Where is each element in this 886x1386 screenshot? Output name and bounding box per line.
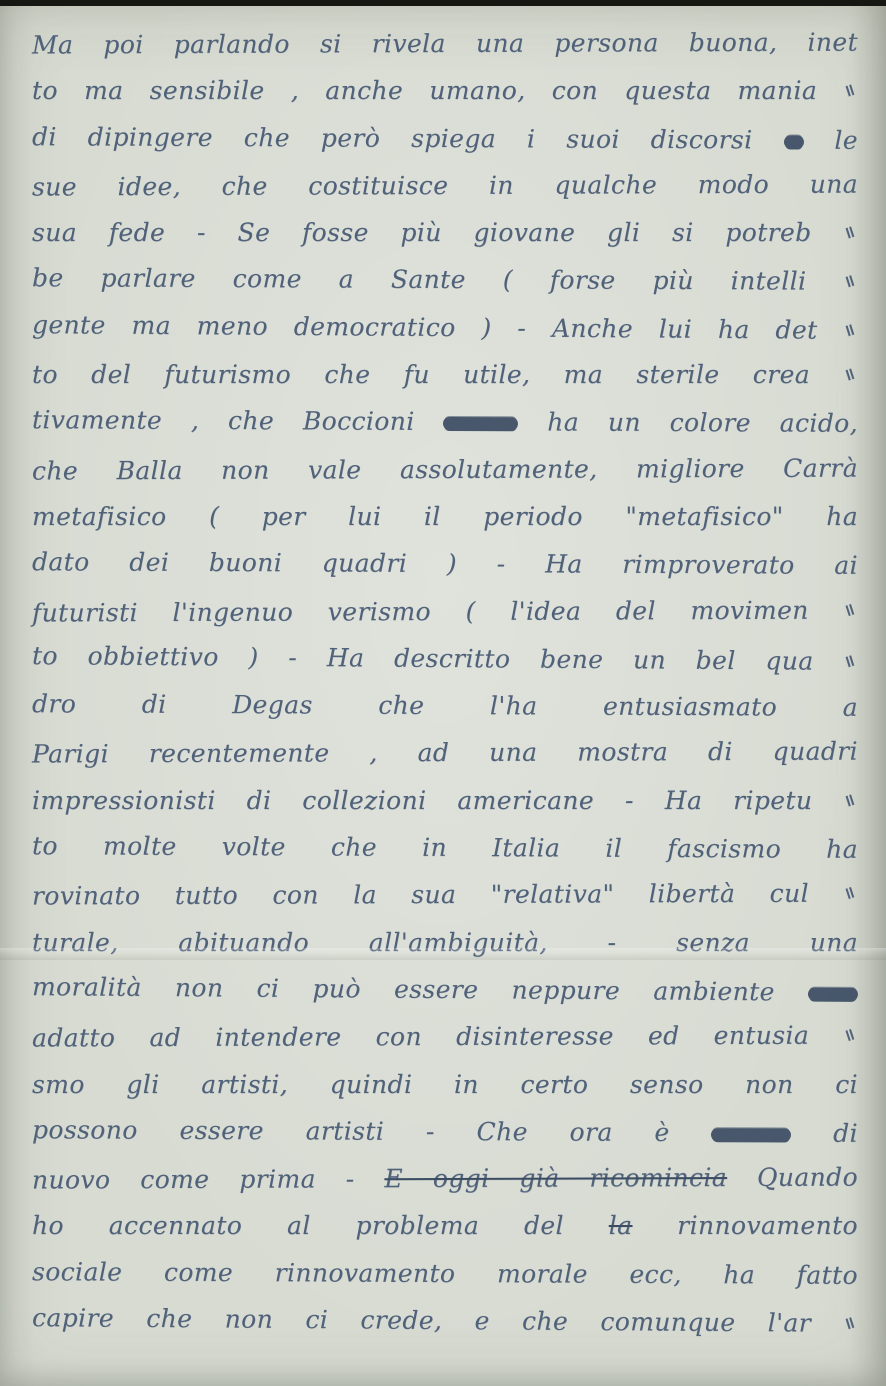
manuscript-line: smo gli artisti, quindi in certo senso n…	[32, 1061, 858, 1108]
handwritten-text: to del futurismo che fu utile, ma steril…	[32, 360, 810, 389]
line-continuation-mark: =	[825, 1021, 875, 1050]
handwritten-text: di	[833, 1119, 858, 1148]
line-continuation-mark: =	[825, 316, 875, 344]
handwritten-text: smo gli artisti, quindi in certo senso n…	[32, 1070, 858, 1099]
handwritten-text: metafisico ( per lui il periodo "metafis…	[32, 502, 858, 531]
handwritten-text: dro di Degas che l'ha entusiasmato a	[32, 689, 858, 722]
handwritten-text: rinnovamento	[677, 1211, 858, 1240]
ink-scribble-obliteration	[808, 987, 858, 1000]
manuscript-text: Ma poi parlando si rivela una persona bu…	[32, 20, 858, 1344]
manuscript-line: futuristi l'ingenuo verismo ( l'idea del…	[32, 586, 858, 636]
photo-top-edge	[0, 0, 886, 6]
handwritten-text: adatto ad intendere con disinteresse ed …	[32, 1021, 809, 1053]
handwritten-text: Quando	[757, 1163, 858, 1192]
handwritten-text: che Balla non vale assolutamente, miglio…	[32, 453, 858, 485]
manuscript-line: che Balla non vale assolutamente, miglio…	[32, 444, 858, 494]
manuscript-line: impressionisti di collezioni americane -…	[32, 777, 858, 824]
line-continuation-mark: =	[825, 786, 875, 815]
handwritten-text: sue idee, che costituisce in qualche mod…	[32, 169, 858, 201]
manuscript-line: turale, abituando all'ambiguità, - senza…	[32, 919, 858, 966]
manuscript-line: moralità non ci può essere neppure ambie…	[32, 963, 858, 1016]
handwritten-text: moralità non ci può essere neppure ambie…	[32, 972, 775, 1006]
handwritten-text: capire che non ci crede, e che comunque …	[32, 1303, 811, 1337]
line-continuation-mark: =	[825, 268, 875, 296]
ink-scribble-obliteration	[783, 135, 803, 148]
handwritten-text: dato dei buoni quadri ) - Ha rimproverat…	[32, 547, 858, 580]
line-continuation-mark: =	[825, 879, 875, 908]
manuscript-line: Parigi recentemente , ad una mostra di q…	[32, 728, 858, 778]
manuscript-line: di dipingere che però spiega i suoi disc…	[32, 113, 858, 164]
handwritten-text: to ma sensibile , anche umano, con quest…	[32, 76, 817, 105]
handwritten-text: rovinato tutto con la sua "relativa" lib…	[32, 879, 809, 911]
line-continuation-mark: =	[825, 219, 875, 248]
handwritten-text: turale, abituando all'ambiguità, - senza…	[32, 928, 858, 957]
ink-scribble-obliteration	[443, 417, 518, 430]
manuscript-line: capire che non ci crede, e che comunque …	[32, 1294, 858, 1347]
manuscript-line: gente ma meno democratico ) - Anche lui …	[32, 301, 858, 354]
handwritten-text: sociale come rinnovamento morale ecc, ha…	[32, 1257, 858, 1290]
manuscript-line: sue idee, che costituisce in qualche mod…	[32, 160, 858, 210]
handwritten-text: to obbiettivo ) - Ha descritto bene un b…	[32, 641, 814, 675]
handwritten-text: le	[834, 125, 858, 154]
handwritten-text: be parlare come a Sante ( forse più inte…	[32, 264, 807, 296]
line-continuation-mark: =	[825, 361, 875, 390]
manuscript-line: ho accennato al problema del la rinnovam…	[32, 1202, 858, 1249]
manuscript-line: rovinato tutto con la sua "relativa" lib…	[32, 870, 858, 920]
manuscript-line: to obbiettivo ) - Ha descritto bene un b…	[32, 632, 858, 685]
handwritten-text: ha un colore acido,	[547, 408, 858, 438]
handwritten-text: impressionisti di collezioni americane -…	[32, 786, 812, 815]
handwritten-text: Parigi recentemente , ad una mostra di q…	[32, 737, 858, 769]
handwritten-text: futuristi l'ingenuo verismo ( l'idea del…	[32, 595, 809, 627]
manuscript-line: sociale come rinnovamento morale ecc, ha…	[32, 1248, 858, 1299]
manuscript-line: tivamente , che Boccioni ha un colore ac…	[32, 397, 858, 448]
ink-scribble-obliteration	[711, 1128, 791, 1141]
struck-out-text: E oggi già ricomincia	[384, 1163, 727, 1193]
manuscript-line: possono essere artisti - Che ora è di	[32, 1106, 858, 1157]
handwritten-text: Ma poi parlando si rivela una persona bu…	[32, 28, 858, 60]
manuscript-line: dro di Degas che l'ha entusiasmato a	[32, 680, 858, 731]
manuscript-line: sua fede - Se fosse più giovane gli si p…	[32, 209, 858, 256]
manuscript-line: nuovo come prima - E oggi già ricomincia…	[32, 1154, 858, 1204]
manuscript-line: dato dei buoni quadri ) - Ha rimproverat…	[32, 538, 858, 589]
handwritten-text: possono essere artisti - Che ora è	[32, 1115, 670, 1147]
line-continuation-mark: =	[825, 77, 875, 106]
handwritten-text: gente ma meno democratico ) - Anche lui …	[32, 310, 818, 344]
handwritten-text: di dipingere che però spiega i suoi disc…	[32, 122, 753, 154]
handwritten-text: sua fede - Se fosse più giovane gli si p…	[32, 218, 812, 247]
manuscript-page: Ma poi parlando si rivela una persona bu…	[0, 0, 886, 1386]
handwritten-text: nuovo come prima -	[32, 1164, 355, 1194]
manuscript-line: metafisico ( per lui il periodo "metafis…	[32, 493, 858, 540]
line-continuation-mark: =	[825, 1310, 875, 1338]
manuscript-line: to molte volte che in Italia il fascismo…	[32, 822, 858, 873]
struck-out-text: la	[609, 1211, 633, 1240]
handwritten-text: tivamente , che Boccioni	[32, 406, 415, 437]
manuscript-line: to del futurismo che fu utile, ma steril…	[32, 351, 858, 398]
handwritten-text: ho accennato al problema del	[32, 1211, 564, 1240]
handwritten-text: to molte volte che in Italia il fascismo…	[32, 831, 858, 864]
line-continuation-mark: =	[825, 596, 875, 625]
manuscript-line: adatto ad intendere con disinteresse ed …	[32, 1012, 858, 1062]
manuscript-line: Ma poi parlando si rivela una persona bu…	[32, 19, 858, 69]
manuscript-line: to ma sensibile , anche umano, con quest…	[32, 67, 858, 114]
manuscript-line: be parlare come a Sante ( forse più inte…	[32, 255, 858, 306]
line-continuation-mark: =	[825, 647, 875, 675]
